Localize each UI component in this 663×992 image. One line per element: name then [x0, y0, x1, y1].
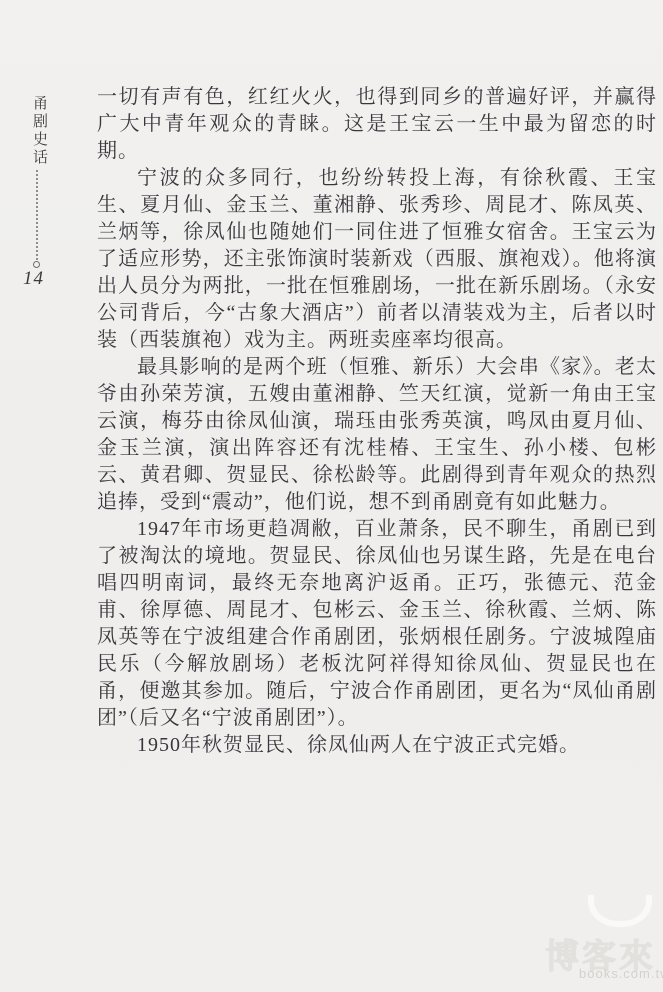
paragraph: 最具影响的是两个班（恒雅、新乐）大会串《家》。老太爷由孙荣芳演，五嫂由董湘静、竺…: [97, 354, 657, 516]
paragraph: 1950年秋贺显民、徐凤仙两人在宁波正式完婚。: [97, 732, 657, 759]
page-number: 14: [23, 268, 44, 290]
watermark-url-text: books.com.tw: [579, 966, 663, 981]
paragraph-continuation: 一切有声有色，红红火火，也得到同乡的普遍好评，并赢得广大中青年观众的青睐。这是王…: [97, 84, 657, 165]
paragraph: 宁波的众多同行，也纷纷转投上海，有徐秋霞、王宝生、夏月仙、金玉兰、董湘静、张秀珍…: [97, 165, 657, 354]
smile-icon: [588, 895, 652, 927]
book-title-vertical: 甬剧史话: [29, 95, 50, 167]
scanned-book-page: 甬剧史话 14 一切有声有色，红红火火，也得到同乡的普遍好评，并赢得广大中青年观…: [0, 0, 663, 992]
paragraph: 1947年市场更趋凋敝，百业萧条，民不聊生，甬剧已到了被淘汰的境地。贺显民、徐凤…: [97, 516, 657, 732]
sidebar-dotted-rule: [36, 170, 38, 260]
sidebar-ring-ornament: [33, 261, 40, 268]
body-text-block: 一切有声有色，红红火火，也得到同乡的普遍好评，并赢得广大中青年观众的青睐。这是王…: [97, 84, 657, 759]
